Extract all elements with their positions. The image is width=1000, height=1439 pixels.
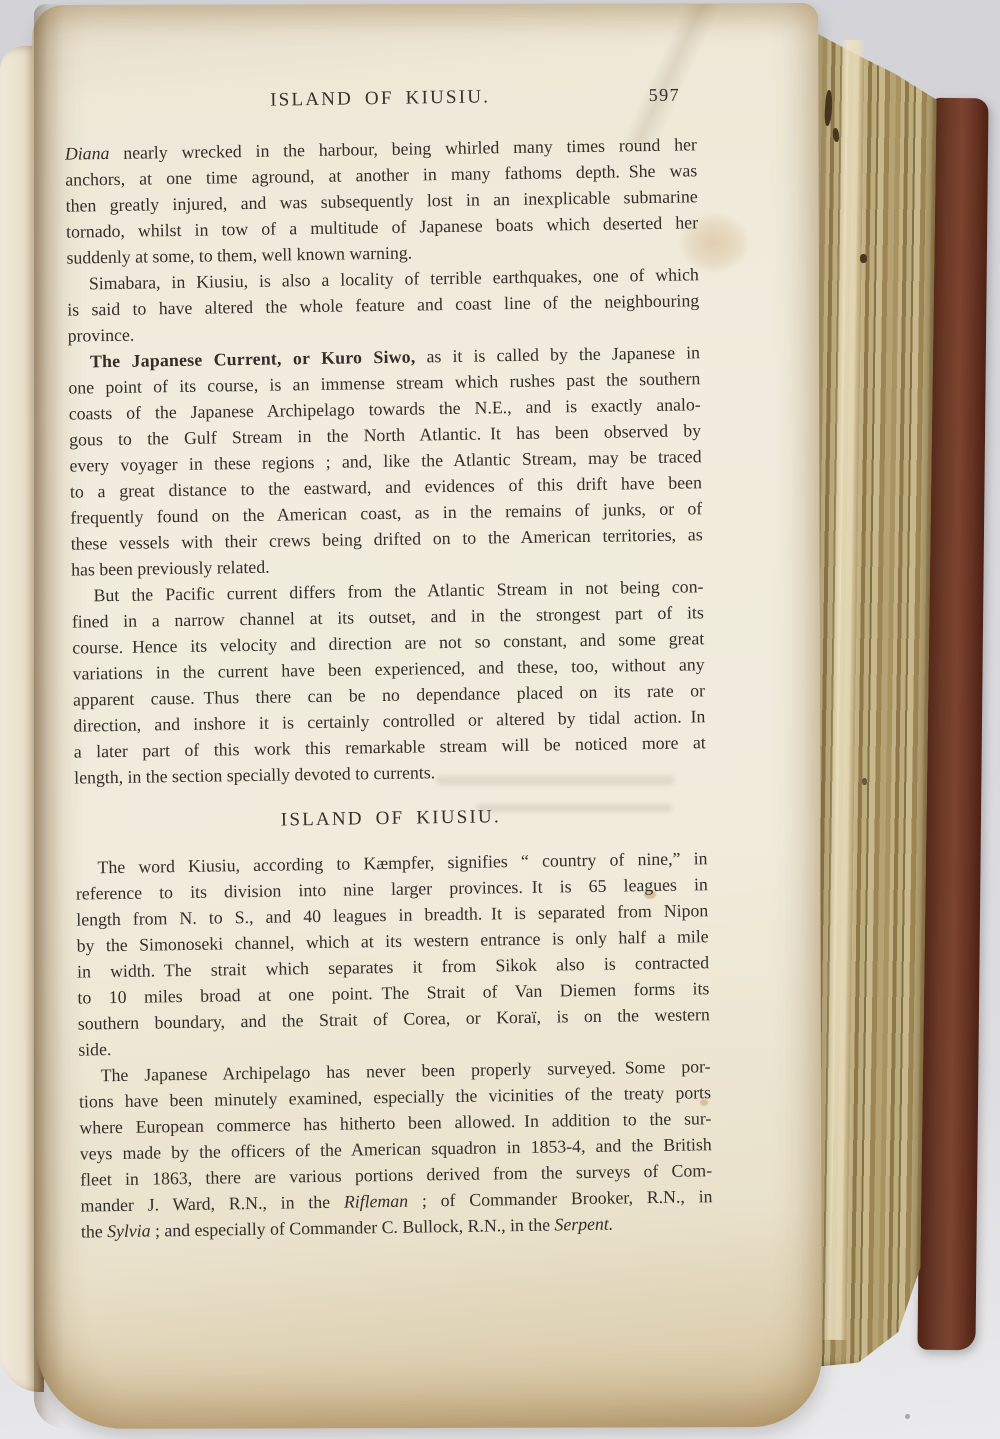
text-segment: mander J. Ward, R.N., in the (80, 1192, 344, 1216)
dust-speck (905, 1414, 910, 1419)
italic-text: Sylvia (107, 1221, 151, 1242)
photo-background: ISLAND OF KIUSIU. 597 Diana nearly wreck… (0, 0, 1000, 1439)
text-segment: length, in the section specially devoted… (74, 762, 435, 787)
paragraph: Simabara, in Kiusiu, is also a locality … (67, 261, 700, 348)
italic-text: Diana (65, 143, 110, 164)
text-segment: province. (67, 325, 134, 346)
paragraph: But the Pacific current differs from the… (71, 573, 706, 790)
paragraph: Diana nearly wrecked in the harbour, bei… (65, 131, 699, 270)
text-segment: suddenly at some, to them, well known wa… (66, 243, 412, 268)
text-segment: as it is called by the Japanese in (415, 342, 700, 366)
italic-text: Rifleman (344, 1191, 408, 1212)
text-segment: ; of Commander Brooker, R.N., in (408, 1186, 713, 1211)
paragraph: The word Kiusiu, according to Kæmpfer, s… (75, 845, 710, 1062)
section-heading: ISLAND OF KIUSIU. (75, 801, 707, 836)
text-segment: has been previously related. (71, 557, 270, 580)
gutter-shadow (34, 4, 64, 1428)
italic-text: Serpent. (554, 1214, 613, 1235)
page-number: 597 (648, 85, 680, 106)
text-segment: the (81, 1221, 107, 1241)
fore-edge-mark (862, 778, 867, 785)
text-segment: ; and especially of Commander C. Bullock… (150, 1215, 554, 1241)
paragraph: The Japanese Archipelago has never been … (78, 1053, 713, 1244)
text-segment: side. (78, 1039, 111, 1059)
fore-edge-mark (860, 254, 867, 263)
bold-text: The Japanese Current, or Kuro Siwo, (90, 347, 416, 372)
paragraph: The Japanese Current, or Kuro Siwo, as i… (68, 339, 703, 582)
body-text: Diana nearly wrecked in the harbour, bei… (65, 131, 713, 1244)
printed-text-block: ISLAND OF KIUSIU. 597 Diana nearly wreck… (64, 83, 713, 1244)
